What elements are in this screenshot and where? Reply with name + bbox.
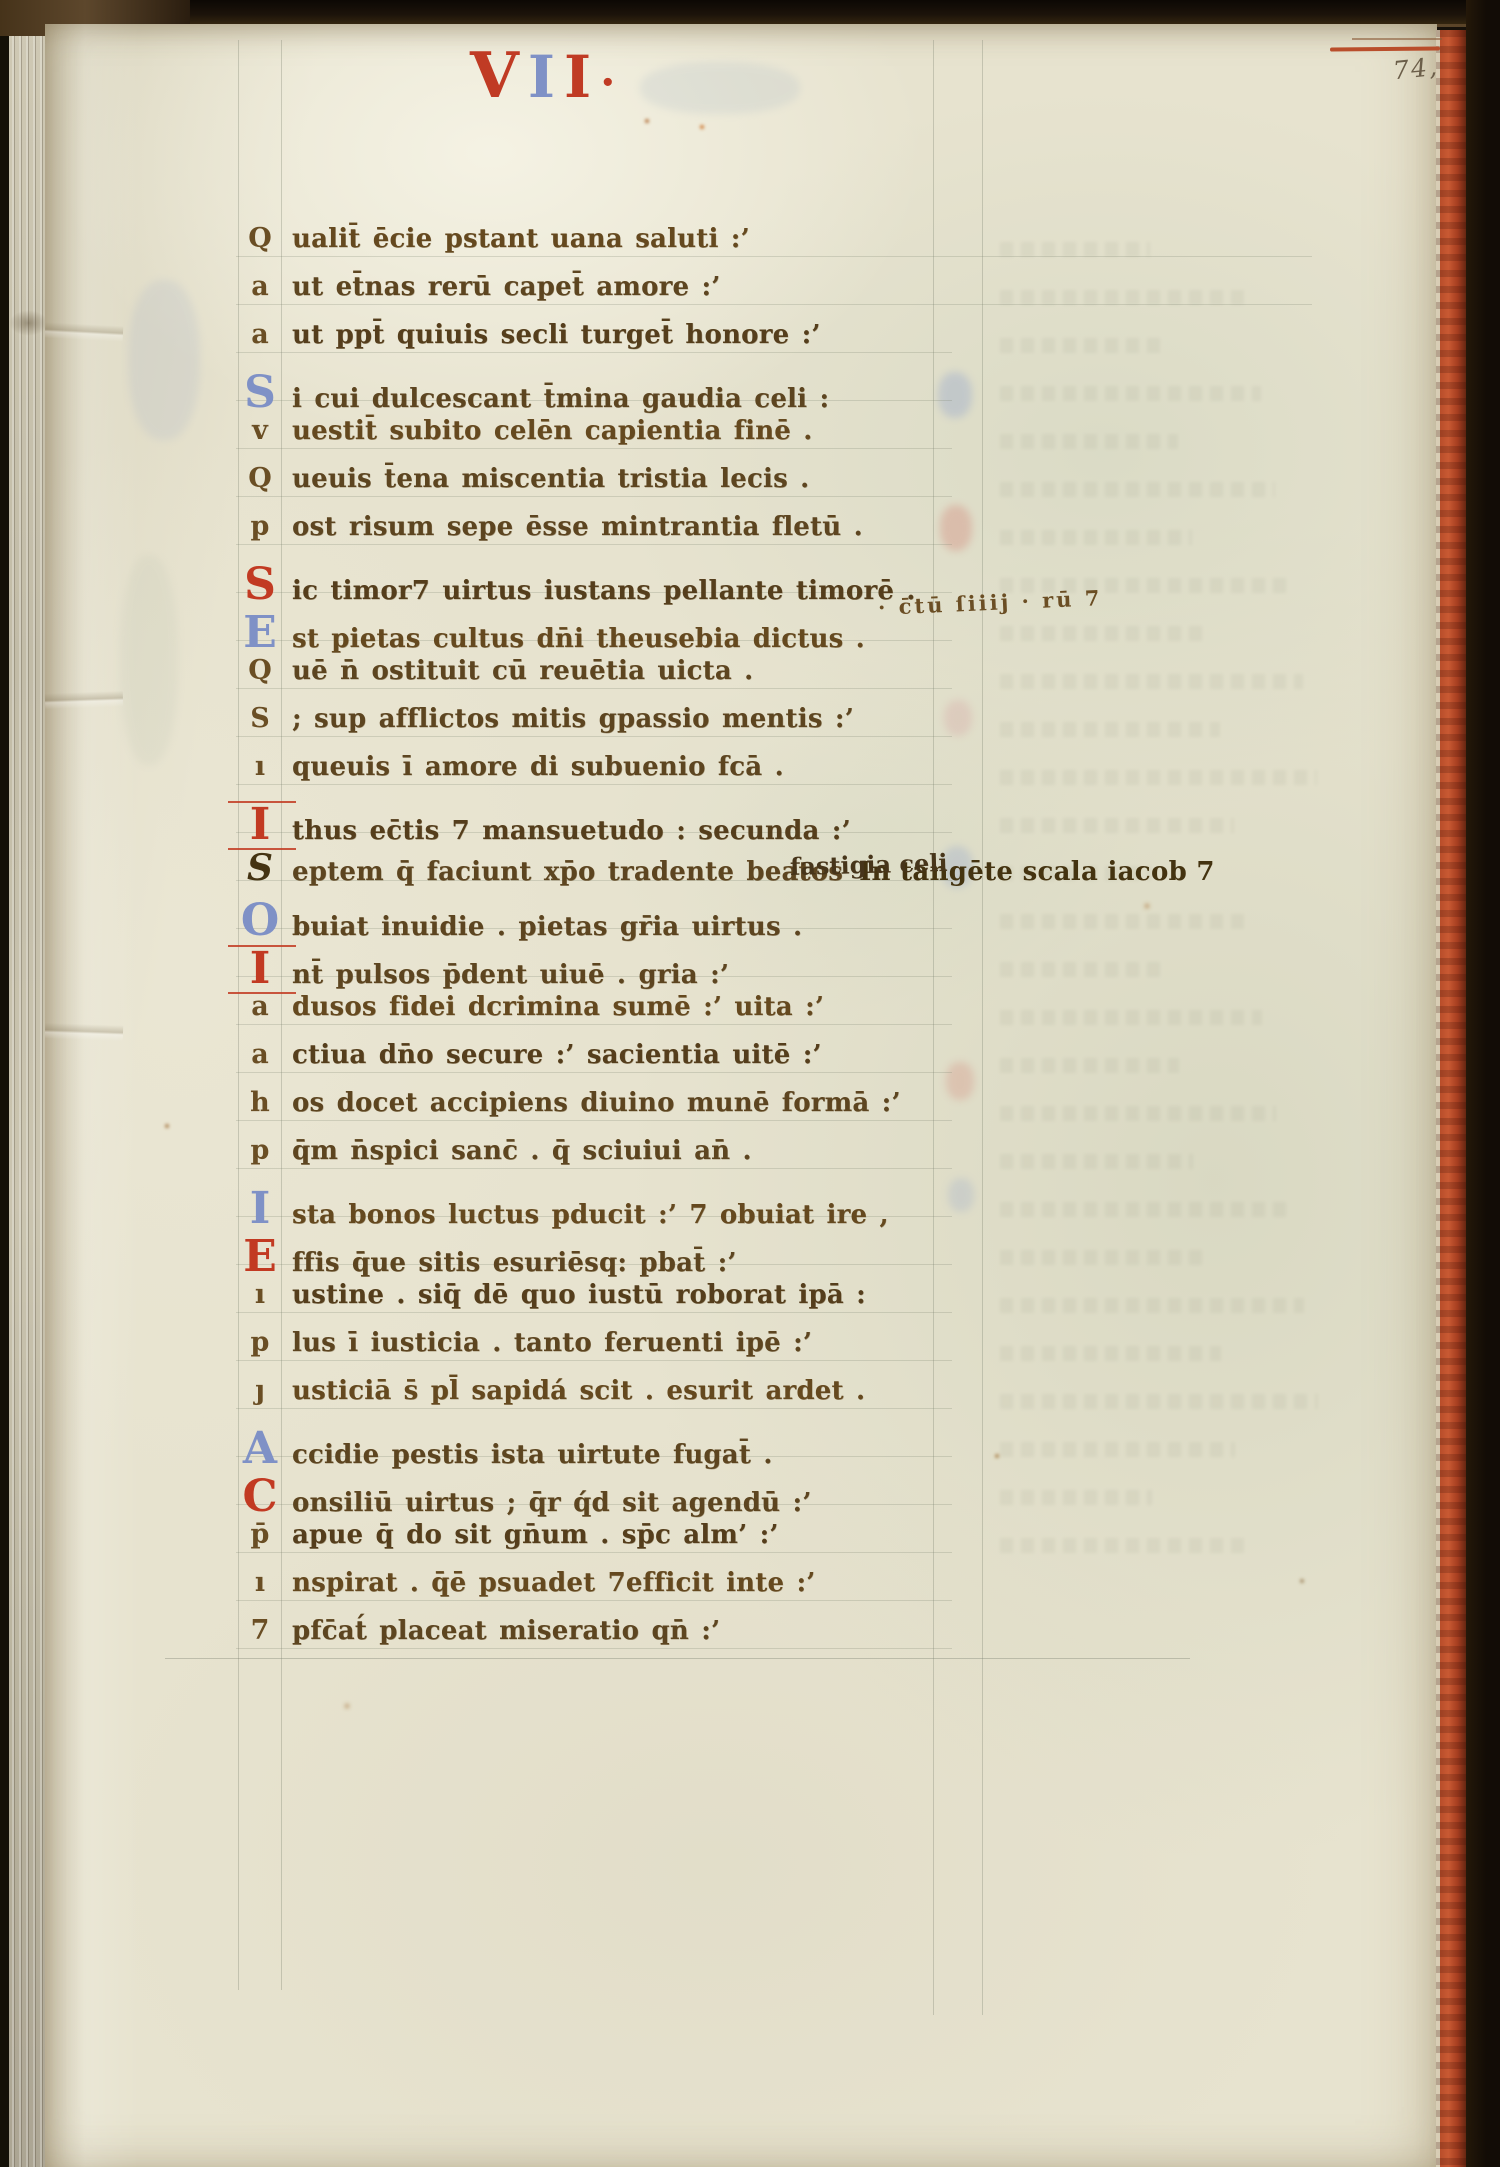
line-text: st pietas cultus dn̄i theusebia dictus . (292, 624, 865, 654)
line-text: ut ppt̄ quiuis secli turget̄ honore :’ (292, 320, 821, 350)
line-initial: ı (236, 751, 284, 782)
line-initial: ı (236, 1567, 284, 1598)
line-initial: h (236, 1087, 284, 1118)
show-through-text-row (1000, 290, 1247, 305)
line-text: ; sup afflictos mitis gpassio mentis :’ (292, 704, 854, 734)
line-text: dusos fidei dcrimina sumē :’ uita :’ (292, 992, 824, 1022)
line-text: thus ec̄tis 7 mansuetudo : secunda :’ (292, 816, 851, 846)
text-line: Si cui dulcescant t̄mina gaudia celi : (236, 367, 829, 407)
line-text: ffis q̄ue sitis esuriēsq: pbat̄ :’ (292, 1248, 737, 1278)
line-initial: a (236, 271, 284, 302)
text-line: Int̄ pulsos p̄dent uiuē . gria :’ (236, 943, 729, 983)
ruled-line-vertical (933, 40, 934, 2015)
show-through-initial (944, 700, 972, 736)
show-through-text-row (1000, 674, 1303, 689)
book-top-edge (0, 0, 1500, 24)
folio-number: 74, (1392, 52, 1441, 86)
line-initial: I (236, 1183, 284, 1234)
show-through-text-row (1000, 1394, 1318, 1409)
show-through-text-row (1000, 242, 1150, 257)
line-initial: I (236, 799, 284, 850)
photo-right-edge (1466, 0, 1500, 2167)
show-through-text-row (1000, 1202, 1290, 1217)
text-line: Est pietas cultus dn̄i theusebia dictus … (236, 607, 865, 647)
show-through-initial (938, 372, 972, 418)
text-line: S; sup afflictos mitis gpassio mentis :’ (236, 703, 854, 743)
line-initial: a (236, 319, 284, 350)
text-line: Consiliū uirtus ; q̄r q́d sit agendū :’ (236, 1471, 812, 1511)
line-initial: S (236, 559, 284, 610)
show-through-text-row (1000, 1058, 1179, 1073)
text-line: Ista bonos luctus pducit :’ 7 obuiat ire… (236, 1183, 889, 1223)
show-through-initial (128, 280, 200, 440)
text-line: hos docet accipiens diuino munē formā :’ (236, 1087, 901, 1127)
text-line: plus ī iusticia . tanto feruenti ipē :’ (236, 1327, 812, 1367)
line-initial: a (236, 1039, 284, 1070)
parchment-crease (45, 1023, 124, 1042)
heading-letter: I (528, 43, 564, 111)
show-through-initial (946, 1062, 974, 1100)
text-line: Ithus ec̄tis 7 mansuetudo : secunda :’ (236, 799, 851, 839)
line-initial: a (236, 991, 284, 1022)
text-line: aut et̄nas rerū capet̄ amore :’ (236, 271, 721, 311)
show-through-text-row (1000, 1154, 1193, 1169)
line-text: apue q̄ do sit gn̄um . sp̄c alm’ :’ (292, 1520, 779, 1550)
line-text: lus ī iusticia . tanto feruenti ipē :’ (292, 1328, 812, 1358)
line-text: ccidie pestis ista uirtute fugat̄ . (292, 1440, 773, 1470)
line-initial: O (236, 895, 284, 946)
line-initial: I (236, 943, 284, 994)
show-through-text-row (1000, 530, 1192, 545)
line-text: ut et̄nas rerū capet̄ amore :’ (292, 272, 721, 302)
show-through-text-row (1000, 338, 1164, 353)
interlinear-note: fastigia celi (790, 848, 948, 881)
foxing-spots (45, 24, 49, 28)
show-through-text-row (1000, 818, 1234, 833)
show-through-text-row (1000, 962, 1165, 977)
line-initial: S (236, 847, 284, 889)
line-text: q̄m n̄spici sanc̄ . q̄ sciuiui an̄ . (292, 1136, 752, 1166)
show-through-text-row (1000, 914, 1248, 929)
show-through-initial (948, 1178, 974, 1212)
line-text: onsiliū uirtus ; q̄r q́d sit agendū :’ (292, 1488, 812, 1518)
line-text: eptem q̄ faciunt xp̄o tradente beatos (292, 857, 843, 887)
text-line: Effis q̄ue sitis esuriēsq: pbat̄ :’ (236, 1231, 737, 1271)
text-line: ıustine . siq̄ dē quo iustū roborat ipā … (236, 1279, 866, 1319)
ruled-line (165, 1658, 1190, 1659)
text-line: Queuis t̄ena miscentia tristia lecis . (236, 463, 809, 503)
line-initial: 7 (236, 1615, 284, 1646)
text-line: adusos fidei dcrimina sumē :’ uita :’ (236, 991, 824, 1031)
gutter-shadow (45, 24, 140, 2167)
show-through-text-row (1000, 1010, 1262, 1025)
line-text: sta bonos luctus pducit :’ 7 obuiat ire … (292, 1200, 889, 1230)
text-line: post risum sepe ēsse mintrantia fletū . (236, 511, 863, 551)
line-text: ualit̄ ēcie pstant uana saluti :’ (292, 224, 750, 254)
line-text: uē n̄ ostituit cū reuētia uicta . (292, 656, 753, 686)
line-initial: S (236, 367, 284, 418)
show-through-text-row (1000, 722, 1220, 737)
show-through-text-row (1000, 386, 1261, 401)
line-initial: p (236, 1327, 284, 1358)
heading-letter: · (600, 57, 615, 108)
show-through-initial (120, 555, 178, 765)
show-through-text-row (1000, 1346, 1221, 1361)
parchment-crease (45, 691, 124, 710)
show-through-text-row (1000, 482, 1275, 497)
line-text: usticiā s̄ pl̄ sapidá scit . esurit arde… (292, 1376, 865, 1406)
text-line: Qualit̄ ēcie pstant uana saluti :’ (236, 223, 750, 263)
text-line: Accidie pestis ista uirtute fugat̄ . (236, 1423, 773, 1463)
text-line: 7pfc̄at́ placeat miseratio qn̄ :’ (236, 1615, 720, 1655)
line-text: nt̄ pulsos p̄dent uiuē . gria :’ (292, 960, 729, 990)
show-through-text-row (1000, 1442, 1235, 1457)
line-text: nspirat . q̄ē psuadet 7efficit inte :’ (292, 1568, 816, 1598)
line-text: uestit̄ subito celēn capientia finē . (292, 416, 813, 446)
text-line: pq̄m n̄spici sanc̄ . q̄ sciuiui an̄ . (236, 1135, 752, 1175)
line-initial: Q (236, 655, 284, 686)
text-line: Quē n̄ ostituit cū reuētia uicta . (236, 655, 753, 695)
show-through-initial (640, 62, 800, 114)
line-initial: Q (236, 463, 284, 494)
show-through-text-row (1000, 1106, 1276, 1121)
line-initial: ȷ (236, 1375, 284, 1406)
line-initial: Q (236, 223, 284, 254)
line-initial: C (236, 1471, 284, 1522)
line-text: pfc̄at́ placeat miseratio qn̄ :’ (292, 1616, 720, 1646)
show-through-text-row (1000, 1538, 1249, 1553)
text-line: actiua dn̄o secure :’ sacientia uitē :’ (236, 1039, 822, 1079)
show-through-text-row (1000, 1490, 1152, 1505)
line-initial: v (236, 415, 284, 446)
line-initial: S (236, 703, 284, 734)
show-through-text-row (1000, 1298, 1304, 1313)
ruled-line-vertical (982, 40, 983, 2015)
line-text: queuis ī amore di subuenio fcā . (292, 752, 784, 782)
line-text: ic timor7 uirtus iustans pellante timorē… (292, 576, 916, 606)
line-initial: E (236, 607, 284, 658)
line-initial: p (236, 511, 284, 542)
heading-letter: I (564, 43, 600, 111)
show-through-text-row (1000, 770, 1317, 785)
line-text: os docet accipiens diuino munē formā :’ (292, 1088, 901, 1118)
line-text: i cui dulcescant t̄mina gaudia celi : (292, 384, 829, 414)
text-line: aut ppt̄ quiuis secli turget̄ honore :’ (236, 319, 821, 359)
text-line: Sic timor7 uirtus iustans pellante timor… (236, 559, 916, 599)
line-text: ustine . siq̄ dē quo iustū roborat ipā : (292, 1280, 866, 1310)
line-text: ueuis t̄ena miscentia tristia lecis . (292, 464, 809, 494)
text-line: p̄apue q̄ do sit gn̄um . sp̄c alm’ :’ (236, 1519, 779, 1559)
show-through-text-row (1000, 434, 1178, 449)
book-page-stack-edge (0, 20, 48, 2167)
page-top-edge-line (1352, 38, 1442, 40)
heading-letter: V (470, 38, 528, 112)
text-line: Septem q̄ faciunt xp̄o tradente beatosIn… (236, 847, 1215, 887)
text-line: ıqueuis ī amore di subuenio fcā . (236, 751, 784, 791)
text-line: Obuiat inuidie . pietas gr̄ia uirtus . (236, 895, 802, 935)
text-line: ȷusticiā s̄ pl̄ sapidá scit . esurit ard… (236, 1375, 865, 1415)
chapter-heading-VII: VII· (470, 38, 616, 112)
line-text: buiat inuidie . pietas gr̄ia uirtus . (292, 912, 802, 942)
line-initial: p̄ (236, 1519, 284, 1550)
manuscript-page: VII· 74, Qualit̄ ēcie pstant uana saluti… (45, 24, 1437, 2167)
line-initial: E (236, 1231, 284, 1282)
line-initial: ı (236, 1279, 284, 1310)
manuscript-photo: VII· 74, Qualit̄ ēcie pstant uana saluti… (0, 0, 1500, 2167)
line-initial: A (236, 1423, 284, 1474)
line-initial: p (236, 1135, 284, 1166)
show-through-text-row (1000, 1250, 1207, 1265)
text-line: vuestit̄ subito celēn capientia finē . (236, 415, 813, 455)
show-through-text-row (1000, 626, 1206, 641)
line-text: ctiua dn̄o secure :’ sacientia uitē :’ (292, 1040, 822, 1070)
line-text: ost risum sepe ēsse mintrantia fletū . (292, 512, 863, 542)
red-stained-fore-edge (1436, 30, 1467, 2167)
text-line: ınspirat . q̄ē psuadet 7efficit inte :’ (236, 1567, 816, 1607)
